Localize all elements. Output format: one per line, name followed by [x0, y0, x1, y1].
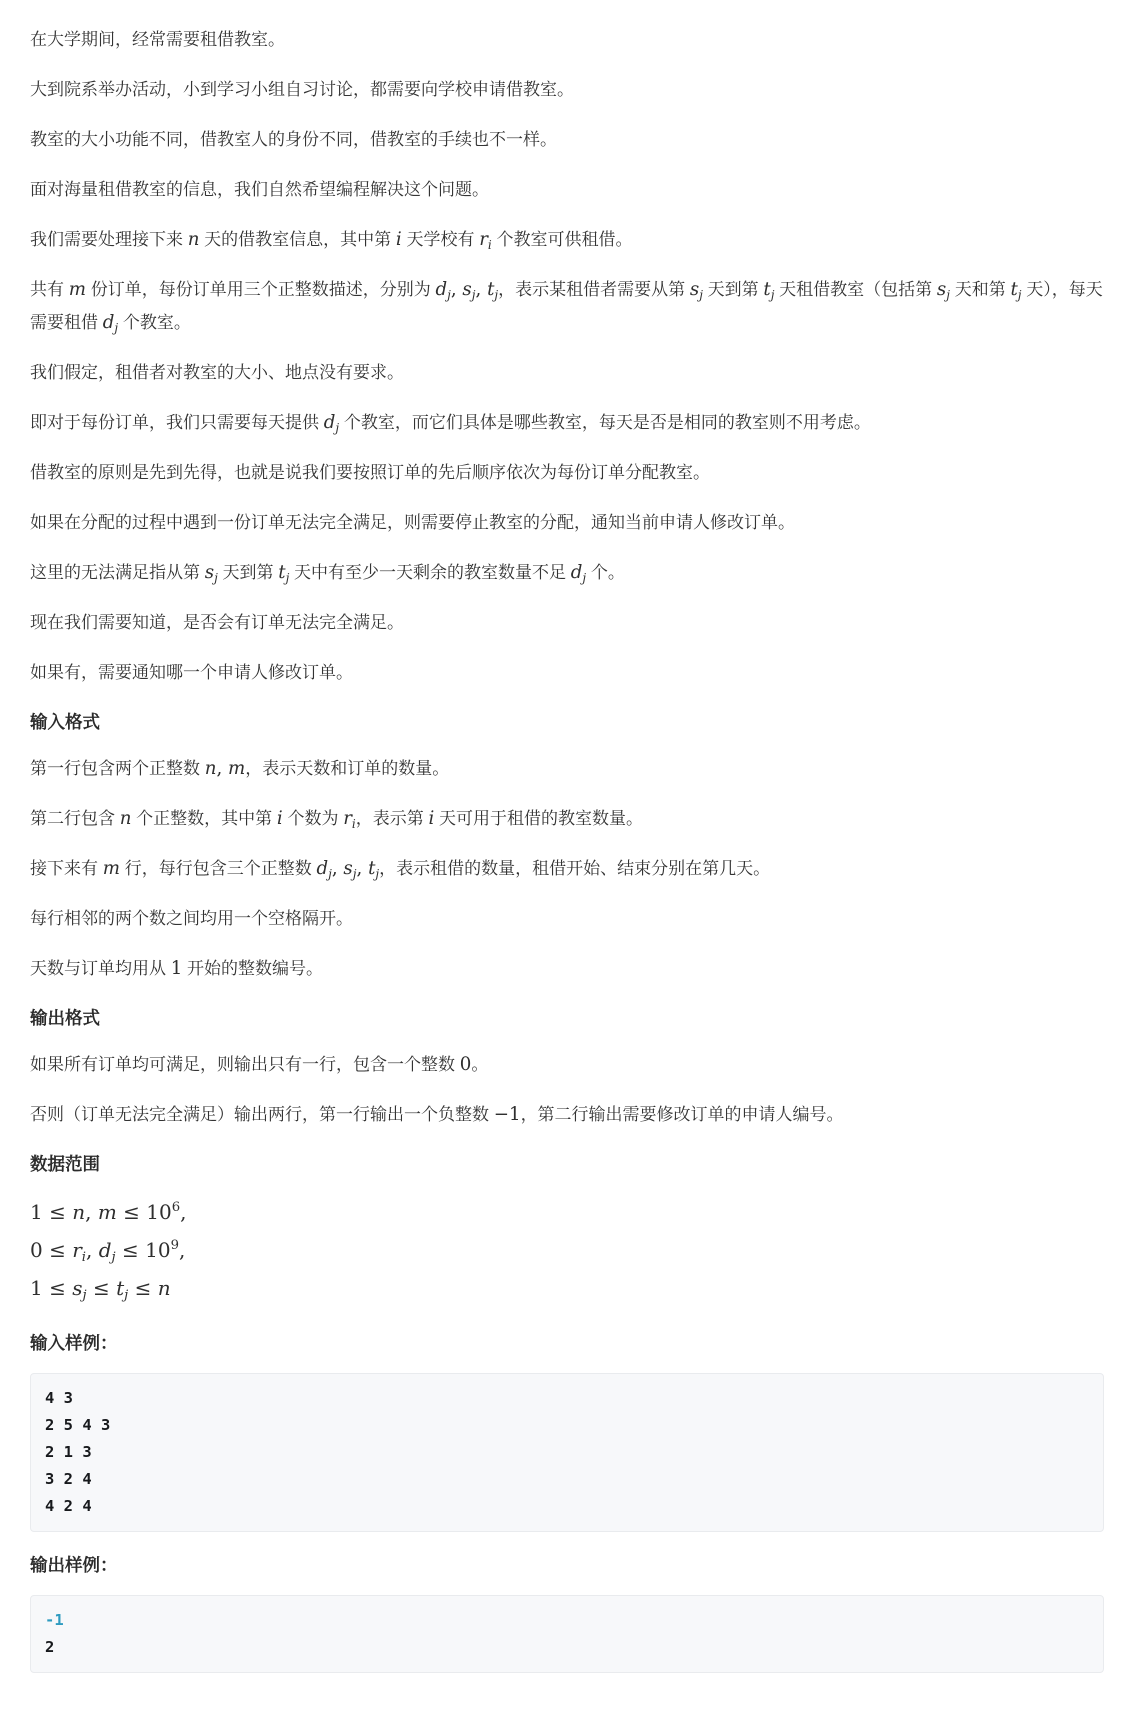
math-expression: sj [937, 279, 950, 300]
code-line: -1 [45, 1607, 1089, 1634]
problem-paragraph: 否则（订单无法完全满足）输出两行，第一行输出一个负整数 −1，第二行输出需要修改… [30, 1098, 1104, 1131]
math-expression: dj, sj, tj [435, 279, 498, 300]
code-line: 2 [45, 1634, 1089, 1661]
math-expression: dj [571, 562, 586, 583]
math-expression: dj [324, 412, 339, 433]
problem-paragraph: 借教室的原则是先到先得，也就是说我们要按照订单的先后顺序依次为每份订单分配教室。 [30, 456, 1104, 489]
sample-output-code: -12 [30, 1595, 1104, 1673]
problem-paragraph: 如果有，需要通知哪一个申请人修改订单。 [30, 656, 1104, 689]
input-format-body: 第一行包含两个正整数 n, m，表示天数和订单的数量。第二行包含 n 个正整数，… [30, 752, 1104, 985]
math-expression: sj [690, 279, 703, 300]
math-expression: i [428, 808, 434, 829]
problem-paragraph: 天数与订单均用从 1 开始的整数编号。 [30, 952, 1104, 985]
problem-paragraph: 每行相邻的两个数之间均用一个空格隔开。 [30, 902, 1104, 935]
input-format-heading: 输入格式 [30, 706, 1104, 739]
math-expression: 0 [460, 1054, 472, 1075]
math-expression: sj [205, 562, 218, 583]
sample-input-code: 4 32 5 4 32 1 33 2 44 2 4 [30, 1373, 1104, 1532]
problem-paragraph: 在大学期间，经常需要租借教室。 [30, 23, 1104, 56]
math-expression: n [120, 808, 132, 829]
math-expression: ri [343, 808, 356, 829]
problem-paragraph: 如果在分配的过程中遇到一份订单无法完全满足，则需要停止教室的分配，通知当前申请人… [30, 506, 1104, 539]
math-expression: 1 [171, 958, 183, 979]
math-expression: ri [479, 229, 492, 250]
code-line: 2 1 3 [45, 1439, 1089, 1466]
math-expression: i [277, 808, 283, 829]
data-range-heading: 数据范围 [30, 1148, 1104, 1181]
math-expression: 1 ≤ n, m ≤ 106, [30, 1200, 187, 1224]
code-line: 2 5 4 3 [45, 1412, 1089, 1439]
problem-paragraph: 我们需要处理接下来 n 天的借教室信息，其中第 i 天学校有 ri 个教室可供租… [30, 223, 1104, 256]
data-range-constraints: 1 ≤ n, m ≤ 106,0 ≤ ri, dj ≤ 109,1 ≤ sj ≤… [30, 1194, 1104, 1308]
math-expression: m [69, 279, 86, 300]
sample-input-heading: 输入样例： [30, 1327, 1104, 1360]
problem-description: 在大学期间，经常需要租借教室。大到院系举办活动，小到学习小组自习讨论，都需要向学… [30, 23, 1104, 689]
problem-paragraph: 共有 m 份订单，每份订单用三个正整数描述，分别为 dj, sj, tj，表示某… [30, 273, 1104, 339]
code-line: 4 3 [45, 1385, 1089, 1412]
code-line: 4 2 4 [45, 1493, 1089, 1520]
constraint-line: 0 ≤ ri, dj ≤ 109, [30, 1232, 1104, 1270]
math-expression: tj [1010, 279, 1021, 300]
problem-paragraph: 现在我们需要知道，是否会有订单无法完全满足。 [30, 606, 1104, 639]
problem-paragraph: 教室的大小功能不同，借教室人的身份不同，借教室的手续也不一样。 [30, 123, 1104, 156]
math-expression: n [188, 229, 200, 250]
math-expression: i [396, 229, 402, 250]
problem-paragraph: 大到院系举办活动，小到学习小组自习讨论，都需要向学校申请借教室。 [30, 73, 1104, 106]
sample-output-heading: 输出样例： [30, 1549, 1104, 1582]
problem-paragraph: 即对于每份订单，我们只需要每天提供 dj 个教室，而它们具体是哪些教室，每天是否… [30, 406, 1104, 439]
math-expression: dj [103, 312, 118, 333]
problem-paragraph: 接下来有 m 行，每行包含三个正整数 dj, sj, tj，表示租借的数量，租借… [30, 852, 1104, 885]
problem-paragraph: 第二行包含 n 个正整数，其中第 i 个数为 ri，表示第 i 天可用于租借的教… [30, 802, 1104, 835]
math-expression: dj, sj, tj [316, 858, 379, 879]
math-expression: 1 ≤ sj ≤ tj ≤ n [30, 1276, 171, 1300]
problem-paragraph: 如果所有订单均可满足，则输出只有一行，包含一个整数 0。 [30, 1048, 1104, 1081]
problem-paragraph: 第一行包含两个正整数 n, m，表示天数和订单的数量。 [30, 752, 1104, 785]
math-expression: 0 ≤ ri, dj ≤ 109, [30, 1238, 185, 1262]
math-expression: n, m [205, 758, 246, 779]
code-line: 3 2 4 [45, 1466, 1089, 1493]
math-expression: m [103, 858, 120, 879]
math-expression: −1 [494, 1104, 521, 1125]
math-expression: tj [763, 279, 774, 300]
constraint-line: 1 ≤ n, m ≤ 106, [30, 1194, 1104, 1232]
problem-paragraph: 我们假定，租借者对教室的大小、地点没有要求。 [30, 356, 1104, 389]
math-expression: tj [278, 562, 289, 583]
output-format-body: 如果所有订单均可满足，则输出只有一行，包含一个整数 0。否则（订单无法完全满足）… [30, 1048, 1104, 1131]
output-format-heading: 输出格式 [30, 1002, 1104, 1035]
problem-paragraph: 这里的无法满足指从第 sj 天到第 tj 天中有至少一天剩余的教室数量不足 dj… [30, 556, 1104, 589]
problem-statement: 在大学期间，经常需要租借教室。大到院系举办活动，小到学习小组自习讨论，都需要向学… [0, 0, 1134, 1716]
problem-paragraph: 面对海量租借教室的信息，我们自然希望编程解决这个问题。 [30, 173, 1104, 206]
constraint-line: 1 ≤ sj ≤ tj ≤ n [30, 1270, 1104, 1308]
